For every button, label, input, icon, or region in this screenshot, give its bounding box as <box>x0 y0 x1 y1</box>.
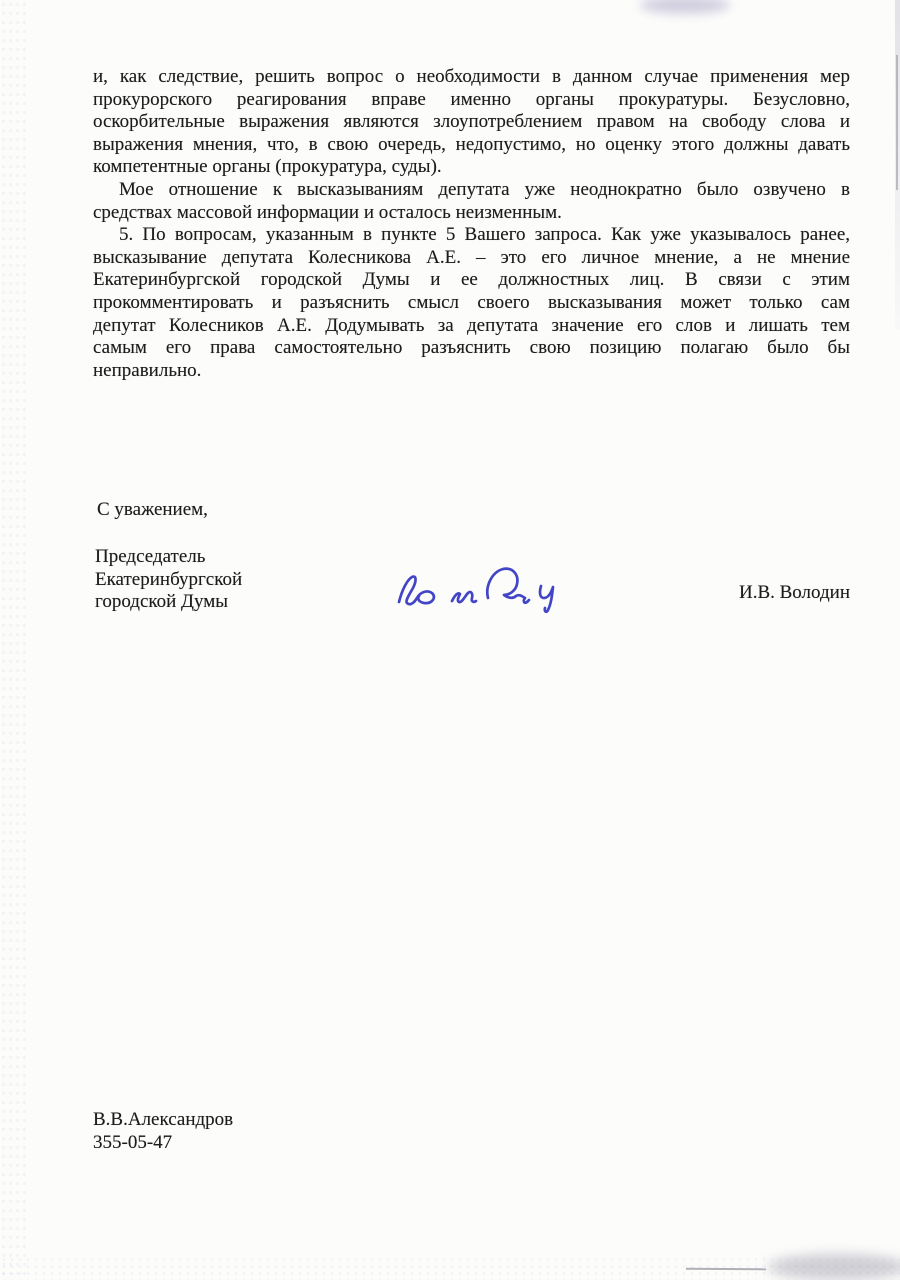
scan-shadow-right-edge <box>895 0 900 330</box>
scan-noise-bottom-edge <box>0 1256 900 1280</box>
scan-noise-left-edge <box>0 0 28 1280</box>
executor-name: В.В.Александров <box>93 1109 233 1132</box>
text-line: и, как следствие, решить вопрос о необхо… <box>93 66 850 89</box>
text-line: средствах массовой информации и осталось… <box>93 202 850 225</box>
text-line: городской Думы <box>95 591 395 614</box>
paragraph: Мое отношение к высказываниям депутата у… <box>93 179 850 224</box>
signer-name: И.В. Володин <box>739 582 850 605</box>
signature-strokes <box>378 556 578 626</box>
text-line: Екатеринбургской городской Думы и ее дол… <box>93 269 850 292</box>
text-line: Мое отношение к высказываниям депутата у… <box>93 179 850 202</box>
text-line: высказывание депутата Колесникова А.Е. –… <box>93 247 850 270</box>
text-line: самым его права самостоятельно разъяснит… <box>93 337 850 360</box>
executor-block: В.В.Александров 355-05-47 <box>93 1109 233 1154</box>
scan-crease-line <box>896 55 898 190</box>
scan-mark-bottom <box>686 1268 766 1271</box>
scanned-letter-page: и, как следствие, решить вопрос о необхо… <box>0 0 900 1280</box>
text-line: прокурорского реагирования вправе именно… <box>93 89 850 112</box>
executor-phone: 355-05-47 <box>93 1132 233 1155</box>
text-line: Екатеринбургской <box>95 569 395 592</box>
scan-smudge-top <box>640 0 730 14</box>
letter-body: и, как следствие, решить вопрос о необхо… <box>93 66 850 382</box>
text-line: 5. По вопросам, указанным в пункте 5 Ваш… <box>93 224 850 247</box>
scan-smudge-bottom-right <box>768 1254 900 1280</box>
handwritten-signature <box>378 556 578 626</box>
text-line: компетентные органы (прокуратура, суды). <box>93 156 850 179</box>
paragraph: 5. По вопросам, указанным в пункте 5 Ваш… <box>93 224 850 382</box>
text-line: Председатель <box>95 546 395 569</box>
text-line: депутат Колесников А.Е. Додумывать за де… <box>93 315 850 338</box>
text-line: неправильно. <box>93 360 850 383</box>
paragraph: и, как следствие, решить вопрос о необхо… <box>93 66 850 179</box>
text-line: выражения мнения, что, в свою очередь, н… <box>93 134 850 157</box>
text-line: прокомментировать и разъяснить смысл сво… <box>93 292 850 315</box>
signer-title: ПредседательЕкатеринбургскойгородской Ду… <box>95 546 395 614</box>
text-line: оскорбительные выражения являются злоупо… <box>93 111 850 134</box>
closing-salutation: С уважением, <box>97 499 208 522</box>
